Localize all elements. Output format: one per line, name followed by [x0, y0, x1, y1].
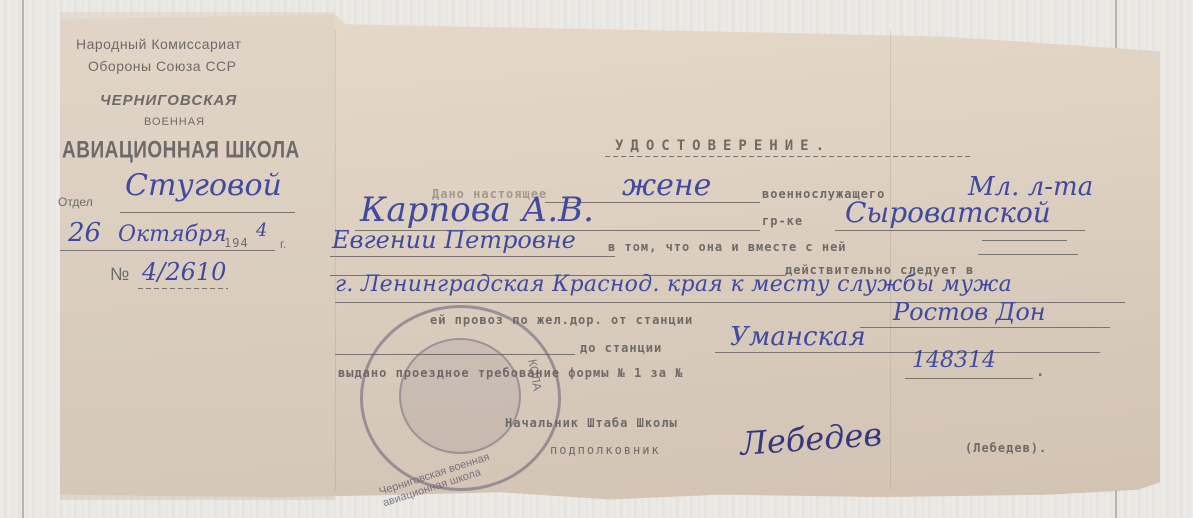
date-day: 26: [68, 218, 101, 248]
board-seam: [22, 0, 24, 518]
body-line7-typed: до станции: [580, 341, 662, 355]
body-line7-hand: Уманская: [730, 322, 866, 352]
body-line3-hand: Евгении Петровне: [332, 226, 576, 254]
official-seal: Черниговская военная авиационная школа К…: [360, 305, 561, 491]
body-line5-hand: г. Ленинградская Краснод. края к месту с…: [335, 272, 1012, 297]
date-month: Октября: [118, 222, 227, 247]
letterhead-line-2: Обороны Союза ССР: [88, 58, 237, 74]
department-underline: [120, 212, 295, 213]
body-line3-underline: [330, 256, 615, 257]
number-value: 4/2610: [142, 258, 226, 286]
letterhead-line-1: Народный Комиссариат: [76, 36, 242, 52]
date-suffix: г.: [280, 237, 286, 251]
body-line2-typed: гр-ке: [762, 214, 803, 228]
body-line3-underline2: [982, 240, 1067, 241]
body-line8-end: .: [1036, 364, 1045, 380]
date-underline: [60, 250, 275, 251]
body-line2-hand2: Сыроватской: [845, 196, 1051, 229]
body-line2-hand: Карпова А.В.: [360, 190, 594, 230]
seal-inner-ring: [399, 338, 521, 454]
letterhead-line-3: ЧЕРНИГОВСКАЯ: [100, 92, 237, 109]
document-title: УДОСТОВЕРЕНИЕ.: [615, 138, 831, 154]
signatory-role-2: подполковник: [550, 443, 661, 457]
signatory-name: (Лебедев).: [965, 441, 1047, 455]
paper-fold: [890, 30, 891, 490]
seal-inner-text: КОЛА: [525, 358, 544, 392]
date-year-suffix: 4: [256, 220, 267, 241]
department-value: Стуговой: [125, 168, 282, 203]
letterhead-line-4: ВОЕННАЯ: [144, 116, 205, 128]
department-label: Отдел: [58, 195, 93, 209]
number-label: №: [110, 264, 129, 285]
date-year-prefix: 194: [224, 236, 249, 250]
body-line3-typed: в том, что она и вместе с ней: [608, 240, 847, 254]
body-line7-underline: [715, 352, 1100, 353]
title-underline: [605, 156, 970, 157]
body-line6-hand: Ростов Дон: [893, 298, 1046, 326]
body-line6-underline: [860, 327, 1110, 328]
body-line2-underline2: [835, 230, 1085, 231]
body-line8-underline: [905, 378, 1033, 379]
letterhead-panel: [60, 12, 335, 500]
number-underline: [138, 288, 228, 289]
body-line8-hand: 148314: [912, 348, 996, 373]
body-line3-underline3: [978, 254, 1078, 255]
letterhead-line-5: АВИАЦИОННАЯ ШКОЛА: [62, 137, 300, 165]
paper-fold: [335, 30, 336, 490]
body-line1-hand: жене: [622, 168, 711, 203]
